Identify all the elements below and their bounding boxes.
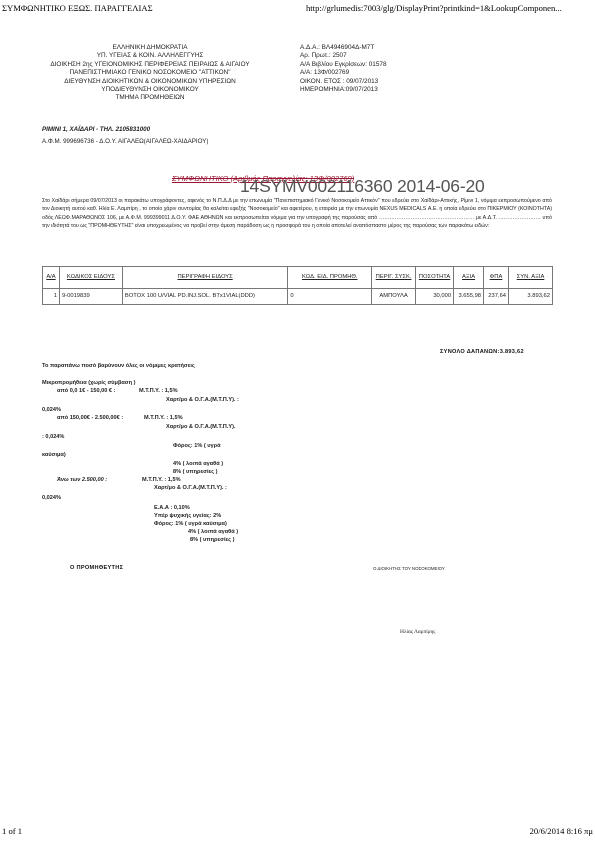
col-header-description: ΠΕΡΙΓΡΑΦΗ ΕΙΔΟΥΣ bbox=[122, 267, 288, 289]
cell-quantity: 30,000 bbox=[416, 289, 454, 305]
meta-serial-number: Α/Α: 13Φ/002769 bbox=[300, 69, 387, 77]
org-line: ΕΛΛΗΝΙΚΗ ΔΗΜΟΚΡΑΤΙΑ bbox=[34, 44, 266, 52]
director-signature-label: Ο ΔΙΟΙΚΗΤΗΣ ΤΟΥ ΝΟΣΟΚΟΜΕΙΟΥ bbox=[373, 566, 445, 571]
cell-supplier-code: 0 bbox=[288, 289, 372, 305]
withholdings-line: καύσιμα) bbox=[42, 451, 66, 460]
org-line: ΥΠ. ΥΓΕΙΑΣ & ΚΟΙΝ. ΑΛΛΗΛΕΓΓΥΗΣ bbox=[34, 52, 266, 60]
withholdings-line: : 0,024% bbox=[42, 433, 64, 442]
withholdings-line: Φόρος: 1% ( υγρά bbox=[173, 442, 221, 451]
cell-package: ΑΜΠΟΥΛΑ bbox=[372, 289, 416, 305]
org-line: ΤΜΗΜΑ ΠΡΟΜΗΘΕΙΩΝ bbox=[34, 94, 266, 102]
col-header-aa: Α/Α bbox=[43, 267, 60, 289]
total-expenses: ΣΥΝΟΛΟ ΔΑΠΑΝΩΝ:3.893,62 bbox=[440, 349, 524, 355]
document-meta-block: Α.Δ.Α.: ΒΛ4946904Δ-Μ7Τ Αρ. Πρωτ.: 2507 Α… bbox=[300, 44, 387, 94]
withholdings-line: από 0,0 1€ - 150,00 € : bbox=[57, 387, 115, 396]
table-header-row: Α/Α ΚΩΔΙΚΟΣ ΕΙΔΟΥΣ ΠΕΡΙΓΡΑΦΗ ΕΙΔΟΥΣ ΚΩΔ.… bbox=[43, 267, 553, 289]
page-count: 1 of 1 bbox=[2, 826, 22, 836]
items-table: Α/Α ΚΩΔΙΚΟΣ ΕΙΔΟΥΣ ΠΕΡΙΓΡΑΦΗ ΕΙΔΟΥΣ ΚΩΔ.… bbox=[42, 266, 553, 305]
agreement-intro-paragraph: Στο Χαϊδάρι σήμερα 09/07/2013 οι παρακάτ… bbox=[42, 197, 552, 231]
col-header-supplier-code: ΚΩΔ. ΕΙΔ. ΠΡΟΜΗΘ. bbox=[288, 267, 372, 289]
cell-aa: 1 bbox=[43, 289, 60, 305]
org-line: ΔΙΟΙΚΗΣΗ 2ης ΥΓΕΙΟΝΟΜΙΚΗΣ ΠΕΡΙΦΕΡΕΙΑΣ ΠΕ… bbox=[34, 61, 266, 69]
supplier-signature-label: Ο ΠΡΟΜΗΘΕΥΤΗΣ bbox=[70, 565, 123, 571]
withholdings-heading: Το παραπάνω ποσό βαρύνουν όλες οι νόμιμε… bbox=[42, 362, 195, 371]
col-header-value: ΑΞΙΑ bbox=[454, 267, 484, 289]
meta-date: ΗΜΕΡΟΜΗΝΙΑ:09/07/2013 bbox=[300, 86, 387, 94]
withholdings-line: 0,024% bbox=[42, 494, 61, 503]
organization-block: ΕΛΛΗΝΙΚΗ ΔΗΜΟΚΡΑΤΙΑ ΥΠ. ΥΓΕΙΑΣ & ΚΟΙΝ. Α… bbox=[34, 44, 266, 103]
print-header: ΣΥΜΦΩΝΗΤΙΚΟ ΕΞΩΣ. ΠΑΡΑΓΓΕΛΙΑΣ http://grl… bbox=[2, 3, 593, 15]
print-page-url: http://grlumedis:7003/glg/DisplayPrint?p… bbox=[306, 3, 562, 13]
cell-item-code: 9-0019839 bbox=[59, 289, 122, 305]
cell-total: 3.893,62 bbox=[509, 289, 553, 305]
col-header-total: ΣΥΝ. ΑΞΙΑ bbox=[509, 267, 553, 289]
director-name: Ηλίας Λαμπίρης bbox=[400, 629, 435, 635]
col-header-quantity: ΠΟΣΟΤΗΤΑ bbox=[416, 267, 454, 289]
print-footer: 1 of 1 20/6/2014 8:16 πμ bbox=[2, 826, 593, 838]
withholdings-line: Χαρτ/μο & Ο.Γ.Α.(Μ.Τ.Π.Υ). : bbox=[154, 484, 227, 493]
cell-description: BOTOX 100 U/VIAL PD.INJ.SOL. BTx1VIAL(DD… bbox=[122, 289, 288, 305]
org-line: ΥΠΟΔΙΕΥΘΥΝΣΗ ΟΙΚΟΝΟΜΙΚΟΥ bbox=[34, 86, 266, 94]
meta-approvals-book-number: Α/Α Βιβλίου Εγκρίσεων: 01578 bbox=[300, 61, 387, 69]
meta-fiscal-year: ΟΙΚΟΝ. ΕΤΟΣ : 09/07/2013 bbox=[300, 78, 387, 86]
total-label: ΣΥΝΟΛΟ ΔΑΠΑΝΩΝ: bbox=[440, 349, 500, 355]
table-row: 1 9-0019839 BOTOX 100 U/VIAL PD.INJ.SOL.… bbox=[43, 289, 553, 305]
hospital-address: ΡΙΜΙΝΙ 1, ΧΑΪΔΑΡΙ - ΤΗΛ. 2105831000 Α.Φ.… bbox=[42, 124, 208, 148]
tax-info-line: Α.Φ.Μ. 999696736 - Δ.Ο.Υ. ΑΙΓΑΛΕΩ(ΑΙΓΑΛΕ… bbox=[42, 136, 208, 148]
org-line: ΠΑΝΕΠΙΣΤΗΜΙΑΚΟ ΓΕΝΙΚΟ ΝΟΣΟΚΟΜΕΙΟ "ΑΤΤΙΚΟ… bbox=[34, 69, 266, 77]
total-value: 3.893,62 bbox=[500, 349, 524, 355]
print-page-title: ΣΥΜΦΩΝΗΤΙΚΟ ΕΞΩΣ. ΠΑΡΑΓΓΕΛΙΑΣ bbox=[2, 3, 153, 13]
print-datetime: 20/6/2014 8:16 πμ bbox=[530, 826, 593, 836]
col-header-package: ΠΕΡΙΓ. ΣΥΣΚ. bbox=[372, 267, 416, 289]
withholdings-line: Άνω των 2.500,00 : bbox=[57, 476, 107, 485]
col-header-item-code: ΚΩΔΙΚΟΣ ΕΙΔΟΥΣ bbox=[59, 267, 122, 289]
col-header-vat: ΦΠΑ bbox=[484, 267, 509, 289]
withholdings-line: 8% ( υπηρεσίες ) bbox=[190, 536, 235, 545]
address-line: ΡΙΜΙΝΙ 1, ΧΑΪΔΑΡΙ - ΤΗΛ. 2105831000 bbox=[42, 124, 208, 136]
withholdings-line: Μ.Τ.Π.Υ. : 1,5% bbox=[139, 387, 178, 396]
registry-watermark: 14SYMV002116360 2014-06-20 bbox=[240, 176, 485, 197]
meta-ada: Α.Δ.Α.: ΒΛ4946904Δ-Μ7Τ bbox=[300, 44, 387, 52]
org-line: ΔΙΕΥΘΥΝΣΗ ΔΙΟΙΚΗΤΙΚΩΝ & ΟΙΚΟΝΟΜΙΚΩΝ ΥΠΗΡ… bbox=[34, 78, 266, 86]
meta-protocol-number: Αρ. Πρωτ.: 2507 bbox=[300, 52, 387, 60]
cell-value: 3.655,98 bbox=[454, 289, 484, 305]
withholdings-line: Χαρτ/μο & Ο.Γ.Α.(Μ.Τ.Π.Υ). : bbox=[166, 396, 239, 405]
cell-vat: 237,64 bbox=[484, 289, 509, 305]
withholdings-line: από 150,00€ - 2.500,00€ : bbox=[57, 414, 123, 423]
withholdings-line: Χαρτ/μο & Ο.Γ.Α.(Μ.Τ.Π.Υ). bbox=[166, 423, 236, 432]
withholdings-line: Μ.Τ.Π.Υ. : 1,5% bbox=[144, 414, 183, 423]
